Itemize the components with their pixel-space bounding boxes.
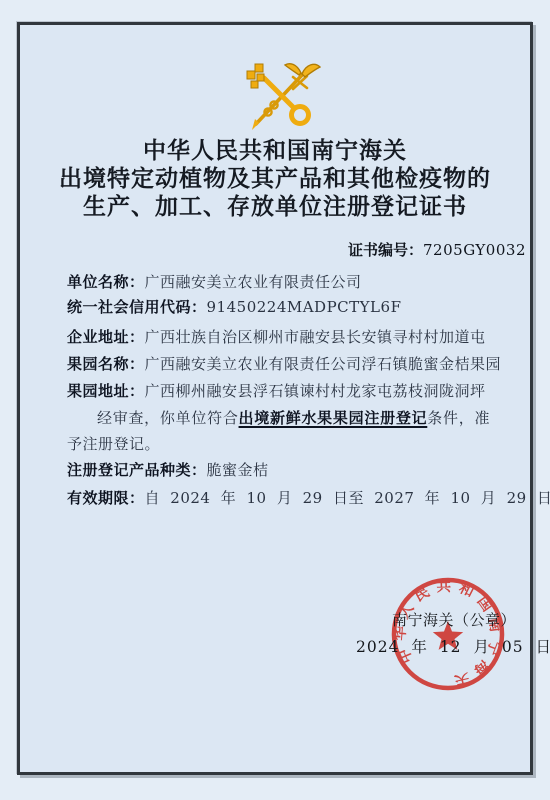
wing-right bbox=[302, 64, 320, 77]
validity-label: 有效期限： bbox=[67, 489, 145, 507]
field-credit-code: 统一社会信用代码：91450224MADPCTYL6F bbox=[67, 296, 401, 317]
field-value: 广西融安美立农业有限责任公司 bbox=[145, 273, 362, 291]
field-label: 企业地址： bbox=[67, 328, 145, 346]
title-line-type: 生产、加工、存放单位注册登记证书 bbox=[20, 193, 530, 221]
title-line-scope: 出境特定动植物及其产品和其他检疫物的 bbox=[20, 165, 530, 193]
field-label: 单位名称： bbox=[67, 273, 145, 291]
certificate-frame: 中华人民共和国南宁海关 出境特定动植物及其产品和其他检疫物的 生产、加工、存放单… bbox=[17, 22, 533, 775]
field-validity-period: 有效期限：自 2024 年 10 月 29 日至 2027 年 10 月 29 … bbox=[67, 487, 550, 508]
field-product-type: 注册登记产品种类：脆蜜金桔 bbox=[67, 459, 269, 480]
field-label: 果园地址： bbox=[67, 382, 145, 400]
approval-prefix: 经审查，你单位符合 bbox=[97, 409, 239, 427]
certificate-title: 中华人民共和国南宁海关 出境特定动植物及其产品和其他检疫物的 生产、加工、存放单… bbox=[20, 137, 530, 221]
field-orchard-name: 果园名称：广西融安美立农业有限责任公司浮石镇脆蜜金桔果园 bbox=[67, 353, 501, 374]
field-unit-name: 单位名称：广西融安美立农业有限责任公司 bbox=[67, 271, 362, 292]
field-value: 广西壮族自治区柳州市融安县长安镇寻村村加道屯 bbox=[145, 328, 486, 346]
field-label: 果园名称： bbox=[67, 355, 145, 373]
certificate-number-label: 证书编号： bbox=[348, 241, 423, 259]
title-line-authority: 中华人民共和国南宁海关 bbox=[20, 137, 530, 165]
product-type-label: 注册登记产品种类： bbox=[67, 461, 207, 479]
validity-value: 自 2024 年 10 月 29 日至 2027 年 10 月 29 日 bbox=[145, 489, 550, 507]
field-value: 广西柳州融安县浮石镇谏村村龙家屯荔枝洞陇洞坪 bbox=[145, 382, 486, 400]
key-bow bbox=[292, 107, 309, 124]
product-type-value: 脆蜜金桔 bbox=[207, 461, 269, 479]
seal-authority-overlay: 南宁海关（公章） bbox=[392, 609, 516, 630]
customs-emblem-icon bbox=[243, 61, 321, 131]
field-label: 统一社会信用代码： bbox=[67, 298, 207, 316]
certificate-number: 证书编号：7205GY0032 bbox=[348, 239, 526, 260]
approval-underlined-phrase: 出境新鲜水果果园注册登记 bbox=[239, 409, 428, 427]
key-teeth bbox=[247, 64, 264, 88]
approval-statement: 经审查，你单位符合出境新鲜水果果园注册登记条件，准予注册登记。 bbox=[67, 405, 490, 457]
wing-left bbox=[285, 64, 301, 75]
issue-date: 2024 年 12 月 05 日 bbox=[356, 635, 550, 657]
certificate-number-value: 7205GY0032 bbox=[423, 241, 526, 259]
field-value: 广西融安美立农业有限责任公司浮石镇脆蜜金桔果园 bbox=[145, 355, 502, 373]
field-value: 91450224MADPCTYL6F bbox=[207, 298, 402, 316]
field-company-address: 企业地址：广西壮族自治区柳州市融安县长安镇寻村村加道屯 bbox=[67, 326, 486, 347]
field-orchard-address: 果园地址：广西柳州融安县浮石镇谏村村龙家屯荔枝洞陇洞坪 bbox=[67, 380, 486, 401]
